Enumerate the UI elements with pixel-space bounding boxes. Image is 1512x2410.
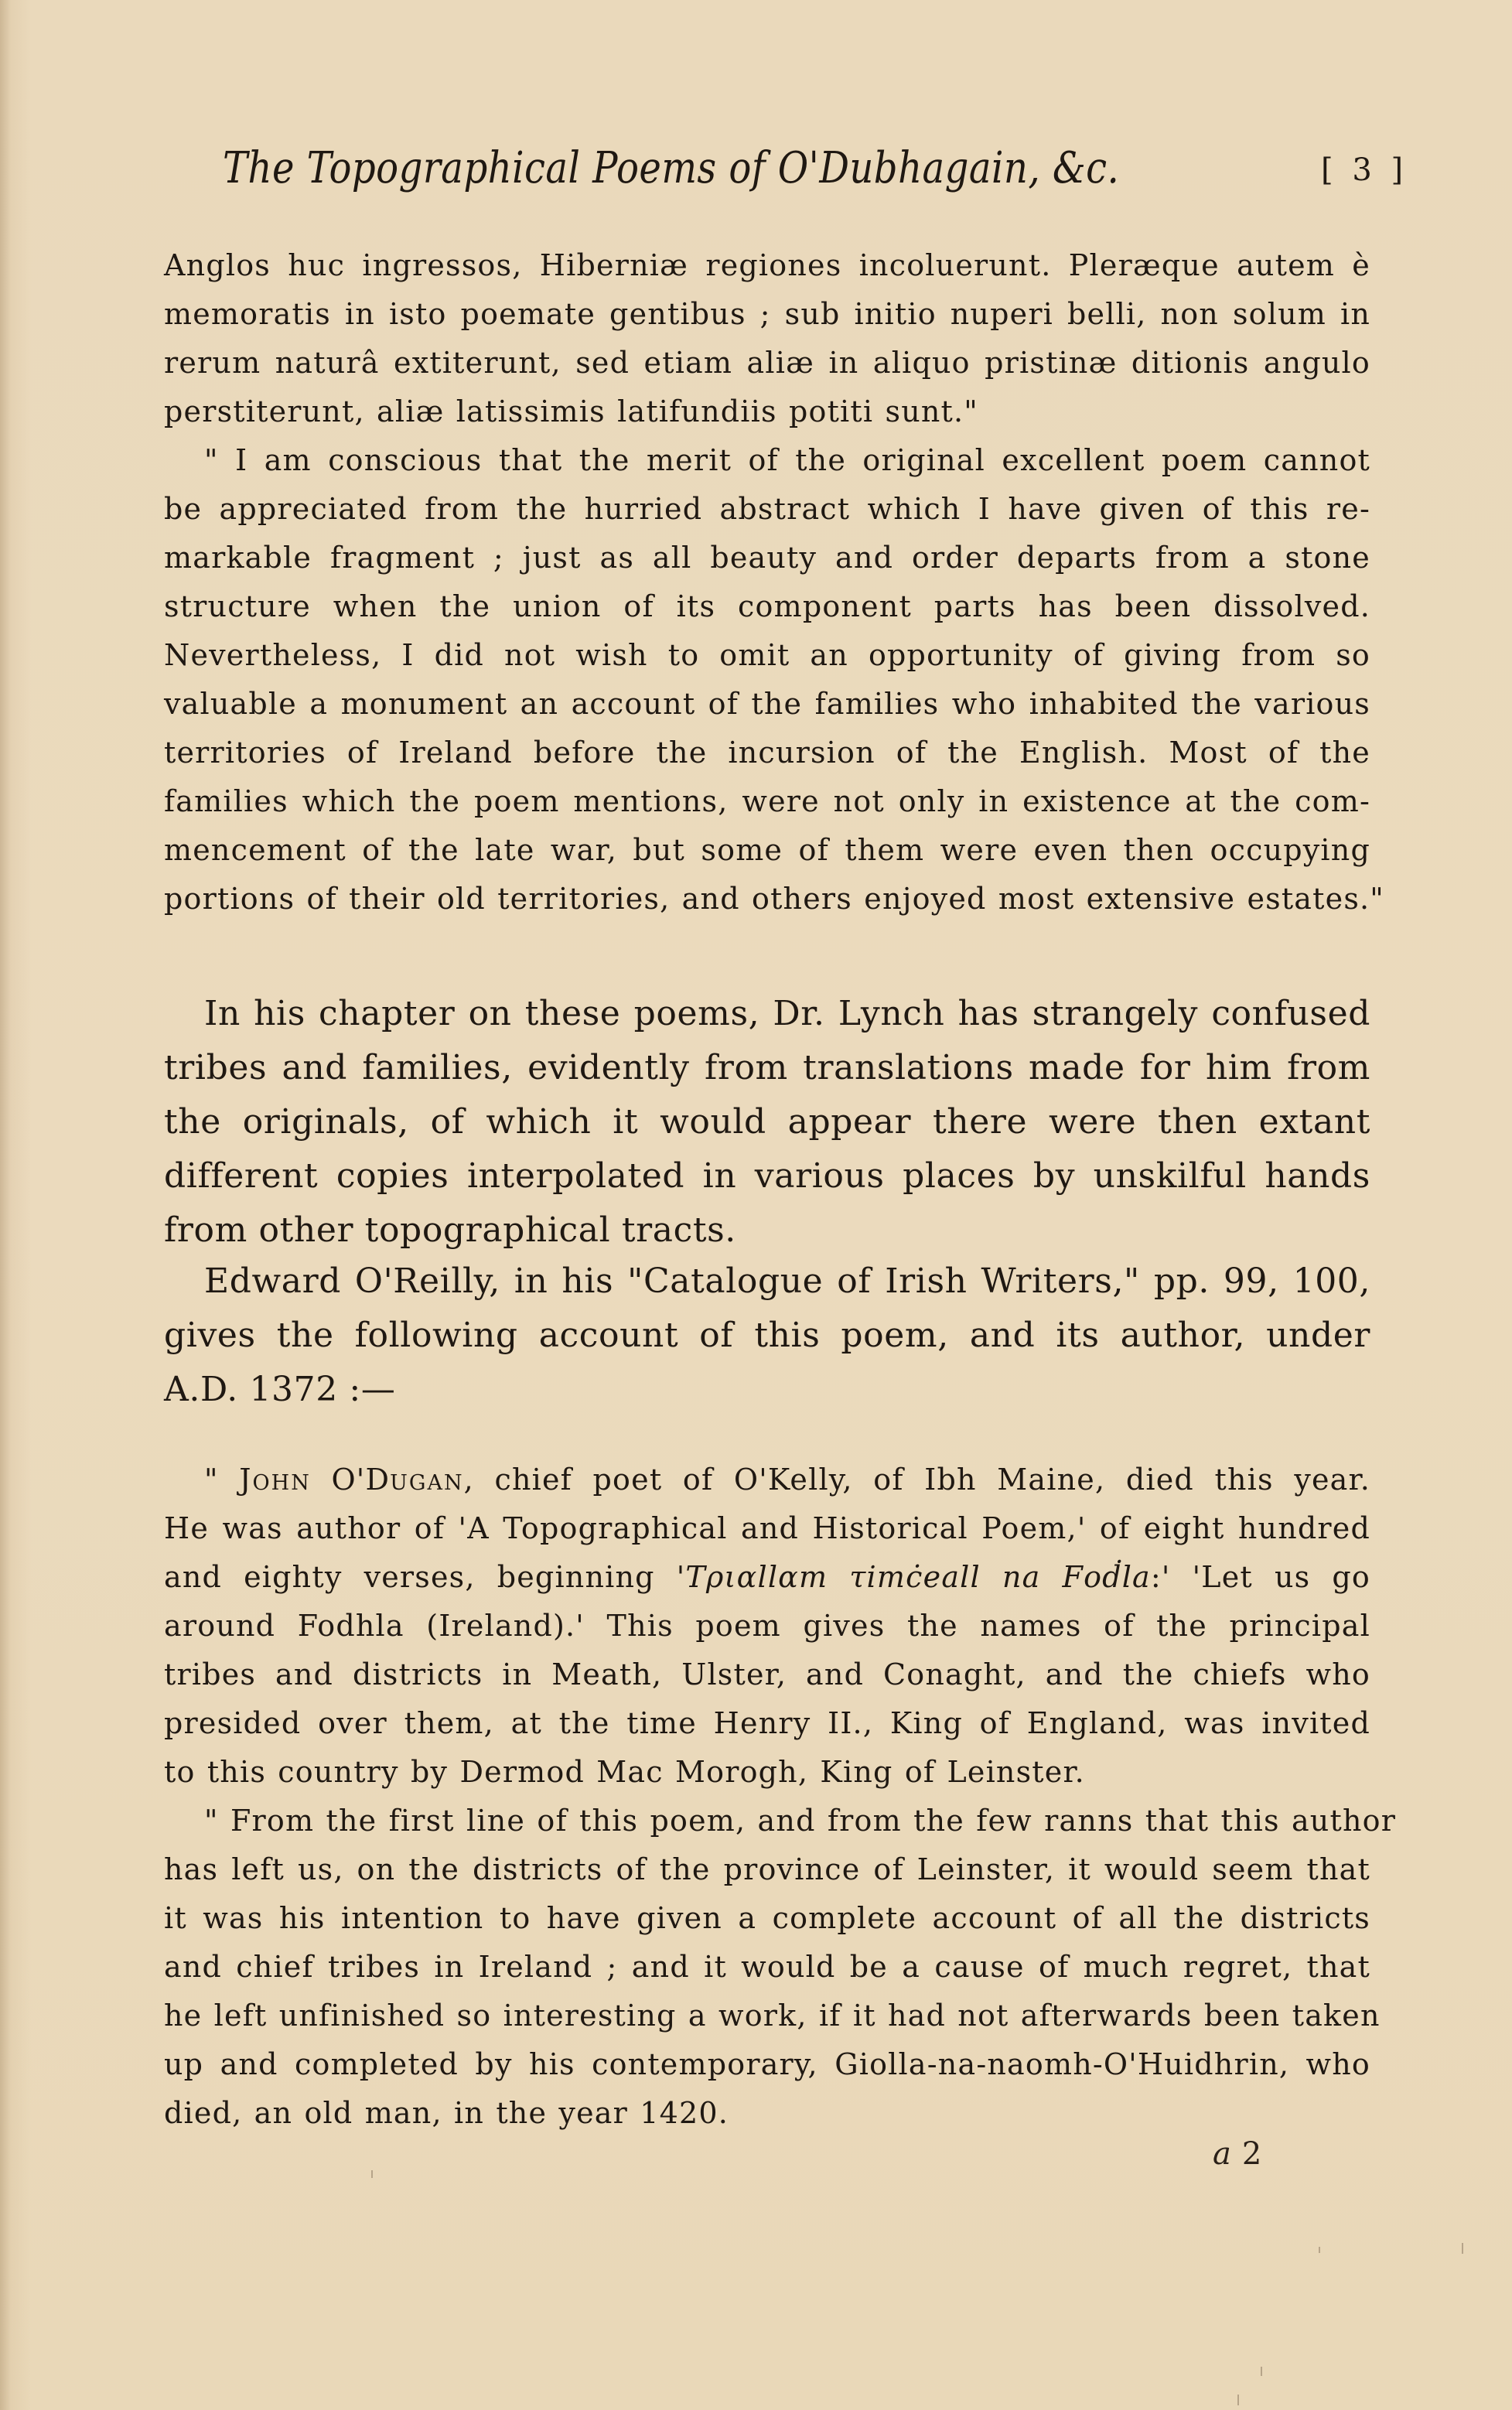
text-line: In his chapter on these poems, Dr. Lynch… (164, 987, 1370, 1041)
text-line: the originals, of which it would appear … (164, 1095, 1370, 1149)
text-line: it was his intention to have given a com… (164, 1894, 1370, 1943)
signature-number: 2 (1242, 2136, 1261, 2172)
text-line: tribes and districts in Meath, Ulster, a… (164, 1650, 1370, 1699)
text-line: markable fragment ; just as all beauty a… (164, 534, 1370, 582)
author-last-name-rest: ugan (390, 1463, 463, 1497)
author-last-name-prefix: O'D (311, 1463, 390, 1497)
text-line: has left us, on the districts of the pro… (164, 1845, 1370, 1894)
text-line: gives the following account of this poem… (164, 1309, 1370, 1363)
open-quote: " (204, 1463, 239, 1497)
paper-speck (371, 2170, 373, 2178)
latin-quote-block: Anglos huc ingressos, Hiberniæ regiones … (164, 241, 1370, 436)
text-line: Nevertheless, I did not wish to omit an … (164, 631, 1370, 680)
text-line: Edward O'Reilly, in his "Catalogue of Ir… (164, 1254, 1370, 1309)
page-number: [ 3 ] (1321, 139, 1408, 201)
text-line: A.D. 1372 :— (164, 1363, 1370, 1417)
running-title: The Topographical Poems of O'Dubhagain, … (223, 138, 1207, 200)
gaelic-poem-title: Τριαllαm τimċeall na Fοḋla (685, 1560, 1151, 1594)
text-line: up and completed by his contemporary, Gi… (164, 2040, 1370, 2089)
signature-letter: a (1213, 2136, 1231, 2172)
signature-mark: a2 (1213, 2136, 1261, 2172)
text-line: portions of their old territories, and o… (164, 875, 1370, 923)
text-line: presided over them, at the time Henry II… (164, 1699, 1370, 1748)
text-line: memoratis in isto poemate gentibus ; sub… (164, 290, 1370, 339)
text-line: Anglos huc ingressos, Hiberniæ regiones … (164, 241, 1370, 290)
text-line: valuable a monument an account of the fa… (164, 680, 1370, 729)
paper-speck (1261, 2367, 1262, 2376)
text-line: tribes and families, evidently from tran… (164, 1041, 1370, 1095)
text-line: mencement of the late war, but some of t… (164, 826, 1370, 875)
text-line: to this country by Dermod Mac Morogh, Ki… (164, 1748, 1370, 1797)
line-end: :' 'Let us go (1151, 1560, 1370, 1594)
paper-speck (1462, 2243, 1463, 2254)
oreilly-quote-first: " John O'Dugan, chief poet of O'Kelly, o… (164, 1456, 1370, 1797)
text-line: perstiterunt, aliæ latissimis latifundii… (164, 387, 1370, 436)
text-line: " From the first line of this poem, and … (164, 1797, 1370, 1845)
book-page: The Topographical Poems of O'Dubhagain, … (0, 0, 1512, 2410)
line-rest: , chief poet of O'Kelly, of Ibh Maine, d… (464, 1463, 1370, 1497)
paper-speck (1237, 2395, 1239, 2405)
text-line: " John O'Dugan, chief poet of O'Kelly, o… (164, 1456, 1370, 1504)
line-start: and eighty verses, beginning ' (164, 1560, 685, 1594)
paragraph-oreilly: Edward O'Reilly, in his "Catalogue of Ir… (164, 1254, 1370, 1417)
text-line: different copies interpolated in various… (164, 1149, 1370, 1203)
text-line: rerum naturâ extiterunt, sed etiam aliæ … (164, 339, 1370, 387)
text-line: be appreciated from the hurried abstract… (164, 485, 1370, 534)
paragraph-lynch: In his chapter on these poems, Dr. Lynch… (164, 987, 1370, 1258)
text-line: from other topographical tracts. (164, 1203, 1370, 1258)
text-line: died, an old man, in the year 1420. (164, 2089, 1370, 2138)
text-line: structure when the union of its componen… (164, 582, 1370, 631)
text-line: territories of Ireland before the incurs… (164, 729, 1370, 777)
text-line: families which the poem mentions, were n… (164, 777, 1370, 826)
text-line: around Fodhla (Ireland).' This poem give… (164, 1602, 1370, 1650)
text-line: he left unfinished so interesting a work… (164, 1992, 1370, 2040)
text-line: " I am conscious that the merit of the o… (164, 436, 1370, 485)
text-line: He was author of 'A Topographical and Hi… (164, 1504, 1370, 1553)
author-first-name: John (239, 1463, 311, 1497)
english-quote-block: " I am conscious that the merit of the o… (164, 436, 1370, 923)
text-line: and chief tribes in Ireland ; and it wou… (164, 1943, 1370, 1992)
paper-speck (1319, 2247, 1320, 2253)
text-line: and eighty verses, beginning 'Τριαllαm τ… (164, 1553, 1370, 1602)
oreilly-quote-second: " From the first line of this poem, and … (164, 1797, 1370, 2138)
